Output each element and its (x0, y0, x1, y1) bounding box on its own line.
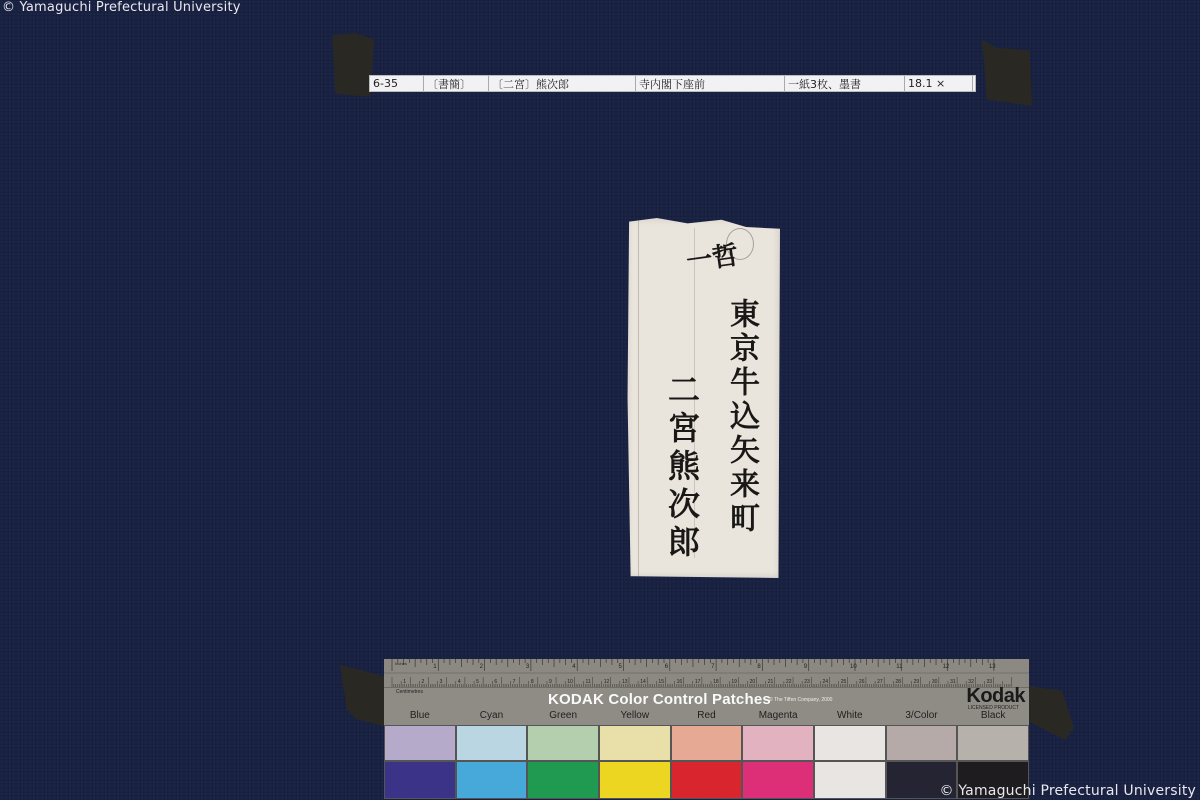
patch-light-yellow (599, 725, 671, 761)
card-copyright: © The Tiffen Company, 2000 (769, 697, 832, 703)
svg-text:10: 10 (567, 679, 573, 685)
svg-text:5: 5 (619, 664, 623, 670)
svg-text:28: 28 (895, 679, 901, 685)
svg-text:11: 11 (586, 679, 591, 685)
svg-text:8: 8 (757, 664, 761, 670)
sender-text: 二宮熊次郎 (666, 373, 698, 563)
patch-light-3-color (886, 725, 958, 761)
svg-text:3: 3 (440, 679, 443, 685)
catalog-label-cell: 一紙3枚、墨書 (785, 76, 905, 91)
svg-text:17: 17 (695, 679, 701, 685)
fold-line (638, 218, 639, 578)
address-text: 東京牛込矢来町 (726, 298, 756, 536)
svg-text:26: 26 (859, 679, 865, 685)
patch-labels: BlueCyanGreenYellowRedMagentaWhite3/Colo… (384, 710, 1029, 724)
patch-label-3-color: 3/Color (886, 710, 958, 721)
svg-text:4: 4 (572, 664, 576, 670)
svg-text:5: 5 (476, 679, 479, 685)
catalog-label-strip: 6-35〔書簡〕〔二宮〕熊次郎寺内閣下座前一紙3枚、墨書18.1 × (369, 75, 976, 92)
tape-top-left (332, 33, 374, 97)
patch-light-red (671, 725, 743, 761)
svg-text:14: 14 (640, 679, 646, 685)
svg-text:21: 21 (768, 679, 774, 685)
svg-text:8: 8 (531, 679, 534, 685)
patch-light-cyan (456, 725, 528, 761)
svg-text:10: 10 (850, 664, 857, 670)
patch-label-magenta: Magenta (742, 710, 814, 721)
patch-label-red: Red (671, 710, 743, 721)
svg-text:4: 4 (458, 679, 461, 685)
ruler: 12345678910111213Inches12345678910111213… (384, 659, 1029, 688)
color-patches (384, 725, 1029, 799)
svg-text:31: 31 (950, 679, 956, 685)
svg-text:20: 20 (750, 679, 756, 685)
svg-text:7: 7 (711, 664, 715, 670)
svg-text:6: 6 (494, 679, 497, 685)
svg-text:24: 24 (822, 679, 828, 685)
svg-text:15: 15 (658, 679, 664, 685)
catalog-label-cell: 18.1 × (905, 76, 973, 91)
svg-text:9: 9 (549, 679, 552, 685)
svg-text:1: 1 (403, 679, 406, 685)
patch-dark-blue (384, 761, 456, 799)
catalog-label-cell: 〔二宮〕熊次郎 (489, 76, 636, 91)
copyright-watermark-top: © Yamaguchi Prefectural University (2, 0, 241, 15)
tape-top-right (982, 40, 1032, 106)
patch-label-green: Green (527, 710, 599, 721)
svg-text:23: 23 (804, 679, 810, 685)
catalog-label-cell: 寺内閣下座前 (636, 76, 785, 91)
patch-label-cyan: Cyan (456, 710, 528, 721)
svg-text:12: 12 (604, 679, 610, 685)
heading-mark: 一哲 (684, 235, 741, 279)
patch-dark-magenta (742, 761, 814, 799)
card-title: KODAK Color Control Patches (548, 691, 771, 708)
svg-text:16: 16 (677, 679, 683, 685)
patch-label-black: Black (957, 710, 1029, 721)
svg-text:29: 29 (914, 679, 920, 685)
patch-light-white (814, 725, 886, 761)
svg-text:22: 22 (786, 679, 792, 685)
patch-label-yellow: Yellow (599, 710, 671, 721)
svg-text:3: 3 (526, 664, 530, 670)
svg-text:18: 18 (713, 679, 719, 685)
catalog-label-cell: 〔書簡〕 (424, 76, 489, 91)
patch-dark-red (671, 761, 743, 799)
patch-dark-green (527, 761, 599, 799)
ruler-cm-label: Centimetres (396, 689, 423, 695)
patch-label-blue: Blue (384, 710, 456, 721)
svg-text:30: 30 (932, 679, 938, 685)
svg-text:25: 25 (841, 679, 847, 685)
svg-text:1: 1 (433, 664, 437, 670)
svg-text:6: 6 (665, 664, 669, 670)
ruler-ticks: 12345678910111213Inches12345678910111213… (384, 659, 1029, 687)
letter-envelope: 一哲 東京牛込矢来町 二宮熊次郎 (626, 218, 780, 578)
svg-text:13: 13 (989, 664, 996, 670)
patch-dark-yellow (599, 761, 671, 799)
svg-text:9: 9 (804, 664, 808, 670)
patch-label-white: White (814, 710, 886, 721)
copyright-watermark-bottom: © Yamaguchi Prefectural University (940, 783, 1197, 799)
patch-light-green (527, 725, 599, 761)
patch-light-black (957, 725, 1029, 761)
svg-text:27: 27 (877, 679, 883, 685)
svg-text:13: 13 (622, 679, 628, 685)
svg-text:2: 2 (480, 664, 484, 670)
catalog-label-cell: 6-35 (370, 76, 424, 91)
kodak-color-card: 12345678910111213Inches12345678910111213… (384, 659, 1029, 799)
svg-text:7: 7 (513, 679, 516, 685)
svg-text:19: 19 (731, 679, 737, 685)
patch-dark-cyan (456, 761, 528, 799)
patch-dark-white (814, 761, 886, 799)
patch-light-blue (384, 725, 456, 761)
svg-text:12: 12 (943, 664, 950, 670)
svg-text:2: 2 (421, 679, 424, 685)
svg-text:11: 11 (896, 664, 903, 670)
patch-light-magenta (742, 725, 814, 761)
svg-text:Inches: Inches (395, 661, 407, 666)
